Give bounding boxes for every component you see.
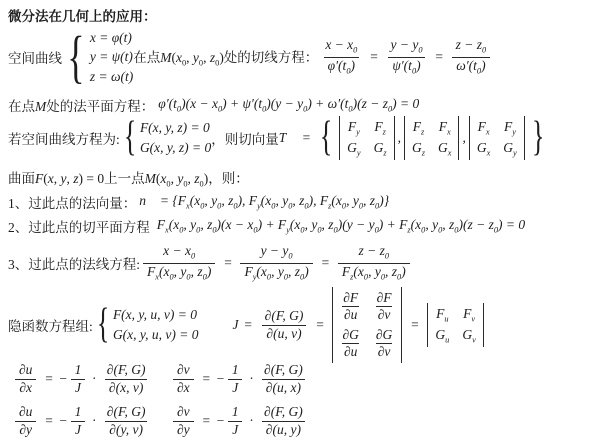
denominator: φ′(t0) <box>324 57 359 77</box>
implicit-system-equations: F(x, y, u, v) = 0 G(x, y, u, v) = 0 <box>113 305 199 344</box>
det-cell: Fv <box>463 306 475 324</box>
fraction: x − x0 Fx(x0, y0, z0) <box>143 243 215 282</box>
equals-sign: = <box>202 413 211 429</box>
dot-operator: · <box>92 413 95 429</box>
equals-sign: = <box>202 371 211 387</box>
item2-label: 2、过此点的切平面方程 <box>8 216 150 236</box>
numerator: z − z0 <box>452 37 491 56</box>
numerator: ∂u <box>15 362 36 379</box>
partial-du-dx: ∂u ∂x = − 1 J · ∂(F, G) ∂(x, v) <box>12 360 152 398</box>
numerator: ∂u <box>15 404 36 421</box>
equals-sign: = <box>321 255 330 271</box>
denominator: Fx(x0, y0, z0) <box>143 263 215 283</box>
space-curve-tangent-line: 空间曲线 { x = φ(t) y = ψ(t) z = ω(t) 在点M(x0… <box>8 26 493 88</box>
equals-sign: = <box>315 317 324 333</box>
numerator: ∂(F, G) <box>103 404 150 421</box>
det-cell: Fx <box>478 119 490 137</box>
det-cell: Fz <box>413 119 425 137</box>
det-cell: Fy <box>348 119 360 137</box>
numerator: x − x0 <box>159 243 199 262</box>
det-cell: Fu <box>436 306 448 324</box>
denominator: ψ′(t0) <box>388 57 424 77</box>
equals-sign: = <box>410 317 419 333</box>
item1-label: 1、过此点的法向量： <box>8 192 136 212</box>
det-cell: Gu <box>435 327 449 345</box>
right-curly: } <box>532 120 545 156</box>
fraction: 1 J <box>71 404 86 439</box>
partial-dv-dy: ∂v ∂y = − 1 J · ∂(F, G) ∂(u, y) <box>170 402 310 440</box>
determinant: Fy Fz Gy Gz <box>339 116 394 160</box>
numerator: ∂F <box>375 290 394 306</box>
det-cell: Gz <box>374 140 387 158</box>
numerator: 1 <box>228 404 243 421</box>
fraction: ∂v ∂y <box>173 404 194 439</box>
denominator: J <box>228 379 242 397</box>
tangent-point-label: 在点M(x0, y0, z0)处的切线方程： <box>133 46 318 68</box>
denominator: ∂x <box>15 379 36 397</box>
det-cell: Gx <box>477 140 490 158</box>
equals-sign: = <box>223 255 232 271</box>
equals-sign: = <box>244 317 253 333</box>
case-row: z = ω(t) <box>90 67 133 87</box>
dot-operator: · <box>250 413 253 429</box>
fraction: z − z0 ω′(t0) <box>452 37 491 76</box>
fraction: z − z0 Fz(x0, y0, z0) <box>338 243 410 282</box>
fraction: ∂(F, G) ∂(x, v) <box>103 362 150 397</box>
curve-system-equations: F(x, y, z) = 0 G(x, y, z) = 0 <box>140 118 211 157</box>
item3-label: 3、过此点的法线方程: <box>8 253 140 273</box>
det-cell: Fy <box>504 119 516 137</box>
curve-system-label: 若空间曲线方程为: <box>8 128 120 148</box>
det-cell: Gy <box>347 140 360 158</box>
fraction: ∂(F, G) ∂(u, y) <box>260 404 307 439</box>
numerator: 1 <box>71 404 86 421</box>
normal-line-item: 3、过此点的法线方程: x − x0 Fx(x0, y0, z0) = y − … <box>8 241 413 285</box>
determinant: Fx Fy Gx Gy <box>469 116 525 160</box>
numerator: ∂(F, G) <box>103 362 150 379</box>
fraction: ∂u ∂x <box>15 362 36 397</box>
equals-sign: = <box>44 413 53 429</box>
numerator: ∂G <box>340 327 360 343</box>
determinant: Fz Fx Gz Gx <box>404 116 459 160</box>
det-cell: Gy <box>503 140 516 158</box>
minus-sign: − <box>59 371 68 387</box>
case-row: G(x, y, z) = 0 <box>140 138 211 158</box>
fraction: x − x0 φ′(t0) <box>321 37 361 76</box>
tangent-plane-item: 2、过此点的切平面方程 Fx(x0, y0, z0)(x − x0) + Fy(… <box>8 213 525 239</box>
denominator: ∂(x, v) <box>105 379 147 397</box>
minus-sign: − <box>59 413 68 429</box>
denominator: ∂(u, y) <box>262 421 305 439</box>
dot-operator: · <box>92 371 95 387</box>
fraction: y − y0 ψ′(t0) <box>386 37 426 76</box>
fraction: ∂(F, G) ∂(y, v) <box>103 404 150 439</box>
implicit-label: 隐函数方程组: <box>8 315 93 335</box>
case-row: y = ψ(t) <box>90 47 133 67</box>
comma: , <box>462 130 465 146</box>
numerator: ∂v <box>173 362 194 379</box>
denominator: ∂y <box>173 421 194 439</box>
fraction: 1 J <box>228 404 243 439</box>
denominator: J <box>71 379 85 397</box>
left-brace: { <box>67 32 84 81</box>
case-row: F(x, y, u, v) = 0 <box>113 305 199 325</box>
fraction: ∂G ∂v <box>374 327 394 360</box>
numerator: ∂v <box>173 404 194 421</box>
denominator: ∂y <box>15 421 36 439</box>
equals-sign: = <box>44 371 53 387</box>
vector-T-symbol: T⃗ <box>279 130 297 146</box>
page-title: 微分法在几何上的应用： <box>8 6 157 24</box>
left-brace: { <box>97 307 110 343</box>
det-cell: Gz <box>412 140 425 158</box>
det-cell: Gv <box>462 327 475 345</box>
denominator: Fz(x0, y0, z0) <box>338 263 410 283</box>
minus-sign: − <box>216 413 225 429</box>
fraction: 1 J <box>71 362 86 397</box>
tangent-plane-formula: Fx(x0, y0, z0)(x − x0) + Fy(x0, y0, z0)(… <box>157 217 525 235</box>
numerator: ∂(F, G) <box>260 362 307 379</box>
denominator: J <box>228 421 242 439</box>
surface-intro-text: 曲面F(x, y, z) = 0上一点M(x0, y0, z0)，则： <box>8 167 249 189</box>
numerator: 1 <box>228 362 243 379</box>
case-row: G(x, y, u, v) = 0 <box>113 325 199 345</box>
denominator: ∂u <box>342 343 359 360</box>
left-brace: { <box>124 120 137 156</box>
fraction: ∂F ∂u <box>341 290 360 323</box>
denominator: ω′(t0) <box>452 57 489 77</box>
numerator: z − z0 <box>355 243 394 262</box>
normal-vector-item: 1、过此点的法向量： n⃗ = {Fx(x0, y0, z0), Fy(x0, … <box>8 190 389 214</box>
partial-du-dy: ∂u ∂y = − 1 J · ∂(F, G) ∂(y, v) <box>12 402 152 440</box>
tangent-vector-label: ，则切向量 <box>211 128 279 148</box>
det-cell: Fz <box>374 119 386 137</box>
fraction: ∂F ∂v <box>375 290 394 323</box>
fraction: ∂u ∂y <box>15 404 36 439</box>
numerator: ∂G <box>374 327 394 343</box>
det-cell: Fx <box>439 119 451 137</box>
jacobian-symbol: J <box>233 317 239 333</box>
numerator: ∂F <box>341 290 360 306</box>
det-cell: Gx <box>438 140 451 158</box>
surface-intro-line: 曲面F(x, y, z) = 0上一点M(x0, y0, z0)，则： <box>8 167 249 189</box>
denominator: ∂v <box>376 306 393 323</box>
case-row: F(x, y, z) = 0 <box>140 118 211 138</box>
parametric-equations: x = φ(t) y = ψ(t) z = ω(t) <box>90 28 133 87</box>
minus-sign: − <box>216 371 225 387</box>
fraction: y − y0 Fy(x0, y0, z0) <box>240 243 312 282</box>
denominator: ∂(u, x) <box>262 379 305 397</box>
partial-dv-dx: ∂v ∂x = − 1 J · ∂(F, G) ∂(u, x) <box>170 360 310 398</box>
dot-operator: · <box>250 371 253 387</box>
denominator: ∂(u, v) <box>262 325 305 343</box>
numerator: ∂(F, G) <box>261 308 308 325</box>
fraction: ∂G ∂u <box>340 327 360 360</box>
left-curly: { <box>320 120 333 156</box>
numerator: y − y0 <box>257 243 297 262</box>
normal-vector-formula: n⃗ = {Fx(x0, y0, z0), Fy(x0, y0, z0), Fz… <box>139 193 389 211</box>
denominator: ∂v <box>376 343 393 360</box>
equals-sign: = <box>302 130 311 146</box>
determinant: Fu Fv Gu Gv <box>427 303 483 347</box>
numerator: x − x0 <box>321 37 361 56</box>
numerator: ∂(F, G) <box>260 404 307 421</box>
fraction: 1 J <box>228 362 243 397</box>
denominator: J <box>71 421 85 439</box>
equals-sign: = <box>435 49 444 65</box>
jacobian-determinant: ∂F ∂u ∂F ∂v ∂G ∂u ∂G ∂v <box>332 287 402 364</box>
fraction: ∂(F, G) ∂(u, x) <box>260 362 307 397</box>
numerator: y − y0 <box>386 37 426 56</box>
tangent-vector-line: 若空间曲线方程为: { F(x, y, z) = 0 G(x, y, z) = … <box>8 112 548 164</box>
implicit-system-line: 隐函数方程组: { F(x, y, u, v) = 0 G(x, y, u, v… <box>8 292 487 358</box>
denominator: ∂x <box>173 379 194 397</box>
fraction: ∂v ∂x <box>173 362 194 397</box>
denominator: ∂(y, v) <box>105 421 147 439</box>
case-row: x = φ(t) <box>90 28 133 48</box>
denominator: ∂u <box>342 306 359 323</box>
fraction: ∂(F, G) ∂(u, v) <box>261 308 308 343</box>
space-curve-label: 空间曲线 <box>8 47 62 67</box>
numerator: 1 <box>71 362 86 379</box>
comma: , <box>398 130 401 146</box>
equals-sign: = <box>369 49 378 65</box>
denominator: Fy(x0, y0, z0) <box>240 263 312 283</box>
